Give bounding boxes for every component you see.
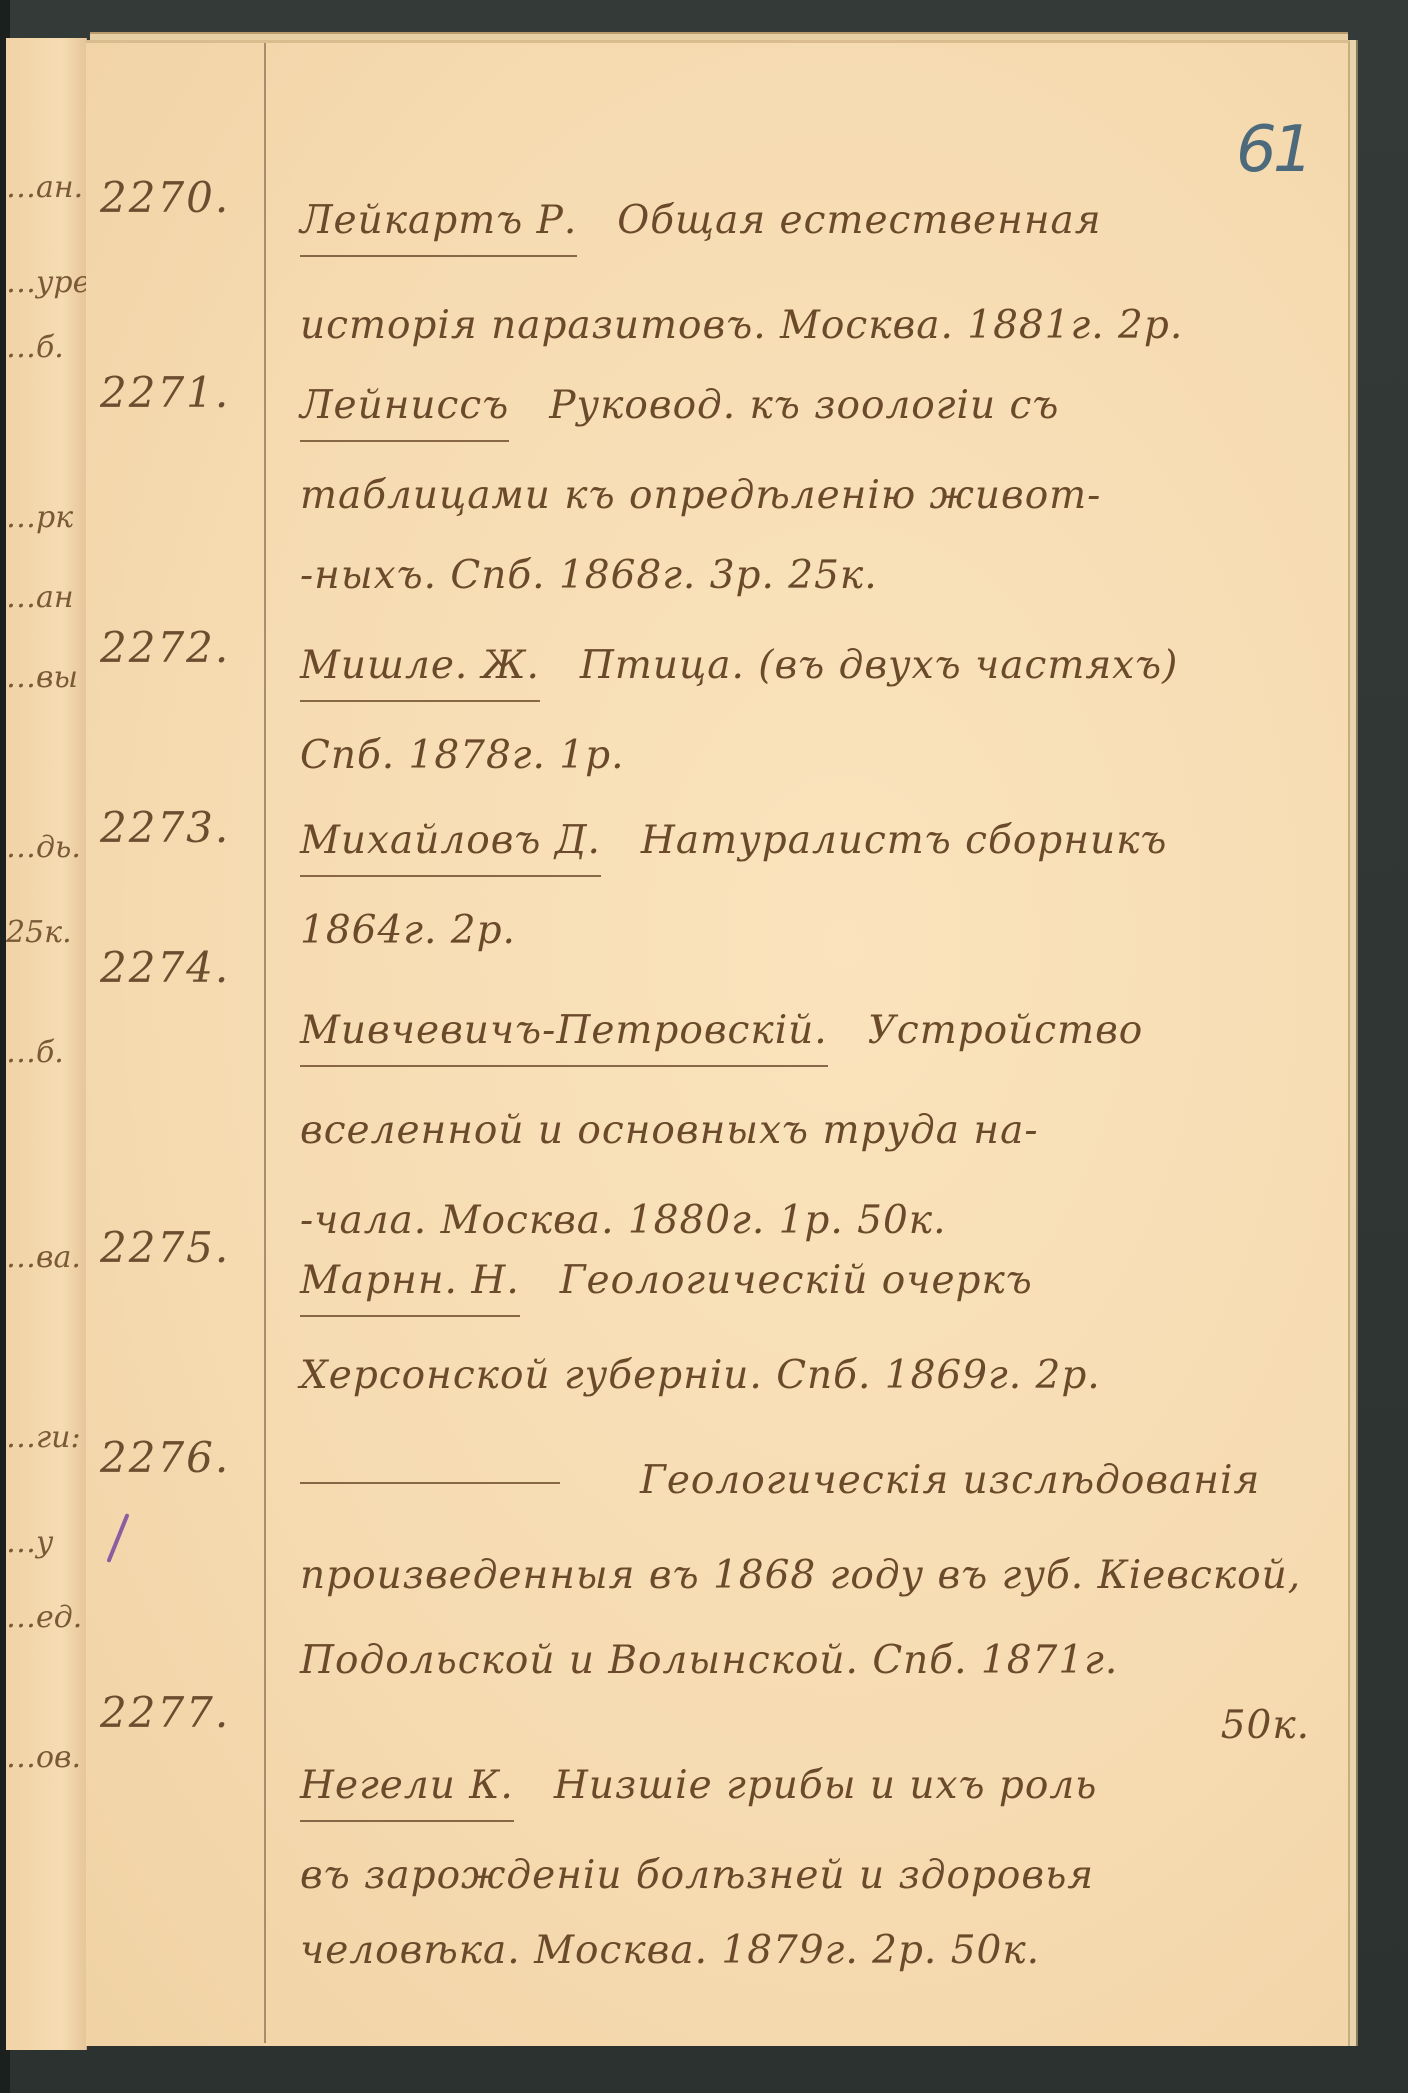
previous-page-fragment: …ги: (6, 1420, 86, 1455)
entry-number: 2271. (100, 368, 250, 417)
entry-line: исторія паразитовъ. Москва. 1881г. 2р. (300, 303, 1330, 348)
catalog-page: 61 2270. Лейкартъ Р.Общая естественная и… (86, 40, 1350, 2046)
previous-page-fragment: …ан. (6, 170, 86, 205)
previous-page-fragment: …ва. (6, 1240, 86, 1275)
entry-line: вселенной и основныхъ труда на- (300, 1108, 1330, 1153)
entry-line: Херсонской губерніи. Спб. 1869г. 2р. (300, 1353, 1330, 1398)
entry-line: Спб. 1878г. 1р. (300, 733, 1330, 778)
entry-title: Устройство (868, 1008, 1144, 1053)
entry-line: Подольской и Волынской. Спб. 1871г. (300, 1638, 1330, 1683)
entry-line: Негели К.Низшіе грибы и ихъ роль (300, 1763, 1330, 1808)
entry-line: человѣка. Москва. 1879г. 2р. 50к. (300, 1928, 1330, 1973)
previous-page-strip: …ан. …урем. …б. …рк …ан …вы …дь. 25к. …б… (6, 38, 87, 2050)
entry-line: произведенныя въ 1868 году въ губ. Кіевс… (300, 1553, 1330, 1598)
entry-author: Михайловъ Д. (300, 818, 601, 863)
previous-page-fragment: …ан (6, 580, 86, 615)
entry-line: таблицами къ опредѣленію живот- (300, 473, 1330, 518)
entry-author: Лейниссъ (300, 383, 509, 428)
entry-line: -ныхъ. Спб. 1868г. 3р. 25к. (300, 553, 1330, 598)
entry-title: Общая естественная (617, 198, 1101, 243)
entry-line: Лейкартъ Р.Общая естественная (300, 198, 1330, 243)
margin-rule (264, 43, 266, 2043)
entry-line: Геологическія изслѣдованія (300, 1458, 1330, 1503)
previous-page-fragment: …б. (6, 1035, 86, 1070)
entry-author: Мивчевичъ-Петровскій. (300, 1008, 828, 1053)
entry-title: Низшіе грибы и ихъ роль (554, 1763, 1098, 1808)
previous-page-fragment: 25к. (6, 915, 86, 950)
previous-page-fragment: …дь. (6, 830, 86, 865)
entry-line: Мивчевичъ-Петровскій.Устройство (300, 1008, 1330, 1053)
entry-number: 2274. (100, 943, 250, 992)
entry-title: Натуралистъ сборникъ (641, 818, 1167, 863)
entry-number: 2276. (100, 1433, 250, 1482)
entry-line: въ зарожденіи болѣзней и здоровья (300, 1853, 1330, 1898)
entry-number: 2272. (100, 623, 250, 672)
entry-line: ЛейниссъРуковод. къ зоологіи съ (300, 383, 1330, 428)
entry-line: 50к. (300, 1703, 1310, 1748)
entry-line: 1864г. 2р. (300, 908, 1330, 953)
entry-author: Негели К. (300, 1763, 514, 1808)
entry-line: Марнн. Н.Геологическій очеркъ (300, 1258, 1330, 1303)
previous-page-fragment: …у (6, 1525, 86, 1560)
entry-author: Мишле. Ж. (300, 643, 540, 688)
previous-page-fragment: …ед. (6, 1600, 86, 1635)
page-number: 61 (1236, 113, 1309, 187)
previous-page-fragment: …вы (6, 660, 86, 695)
entry-number: 2275. (100, 1223, 250, 1272)
previous-page-fragment: …урем. (6, 265, 86, 300)
entry-title: Руковод. къ зоологіи съ (549, 383, 1059, 428)
entry-number: 2277. (100, 1688, 250, 1737)
ditto-dash (300, 1482, 560, 1484)
entry-line: Михайловъ Д.Натуралистъ сборникъ (300, 818, 1330, 863)
entry-line: -чала. Москва. 1880г. 1р. 50к. (300, 1198, 1330, 1243)
entry-title: Геологическія изслѣдованія (640, 1458, 1260, 1503)
entry-line: Мишле. Ж.Птица. (въ двухъ частяхъ) (300, 643, 1330, 688)
entry-author: Марнн. Н. (300, 1258, 520, 1303)
entry-number: 2270. (100, 173, 250, 222)
entry-title: Птица. (въ двухъ частяхъ) (580, 643, 1178, 688)
previous-page-fragment: …рк (6, 500, 86, 535)
previous-page-fragment: …б. (6, 330, 86, 365)
previous-page-fragment: …ов. (6, 1740, 86, 1775)
entry-title: Геологическій очеркъ (560, 1258, 1033, 1303)
entry-author: Лейкартъ Р. (300, 198, 577, 243)
entry-number: 2273. (100, 803, 250, 852)
